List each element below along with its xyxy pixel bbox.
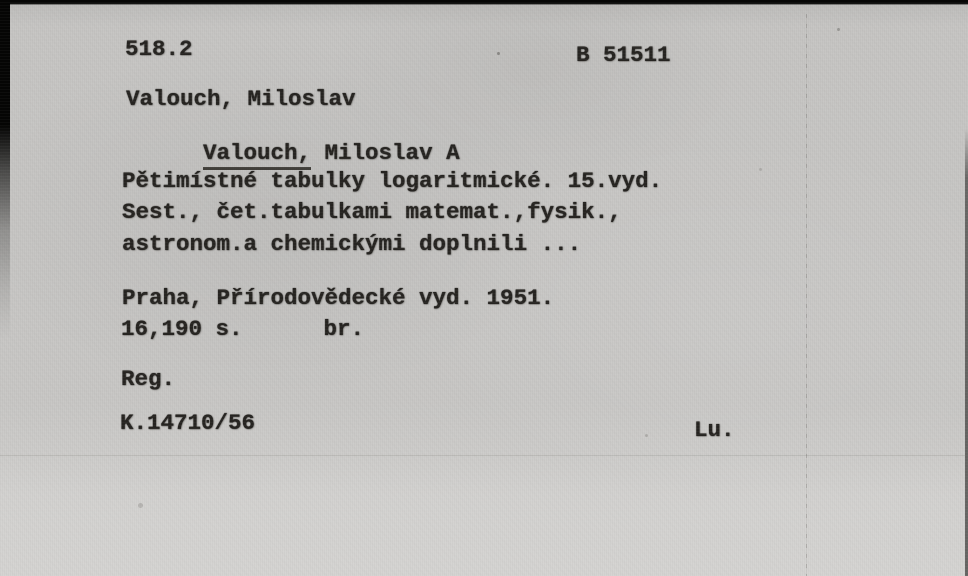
paper-crease-line — [806, 14, 807, 576]
author-heading-line1: Valouch, Miloslav — [126, 86, 356, 112]
scan-edge-top — [0, 0, 968, 5]
title-statement-line2: Sest., čet.tabulkami matemat.,fysik., — [122, 199, 622, 225]
cataloguer-initials: Lu. — [694, 417, 735, 443]
paper-seam-line — [0, 455, 968, 456]
author-surname-underlined: Valouch, — [203, 140, 311, 170]
typed-text-layer: 518.2 B 51511 Valouch, Miloslav Valouch,… — [0, 0, 968, 576]
title-statement-line1: Pětimístné tabulky logaritmické. 15.vyd. — [122, 168, 662, 194]
author-heading-line2-rest: Miloslav A — [311, 140, 460, 166]
classification-number: 518.2 — [125, 36, 193, 62]
catalog-card-scan: 518.2 B 51511 Valouch, Miloslav Valouch,… — [0, 0, 968, 576]
shelf-mark: B 51511 — [576, 42, 671, 68]
accession-number: K.14710/56 — [120, 410, 255, 436]
collation-line: 16,190 s. br. — [121, 316, 364, 342]
imprint-line: Praha, Přírodovědecké vyd. 1951. — [122, 285, 554, 311]
note-line: Reg. — [121, 366, 175, 392]
scan-edge-left — [0, 0, 10, 340]
dust-specks — [497, 52, 500, 55]
title-statement-line3: astronom.a chemickými doplnili ... — [122, 231, 581, 257]
